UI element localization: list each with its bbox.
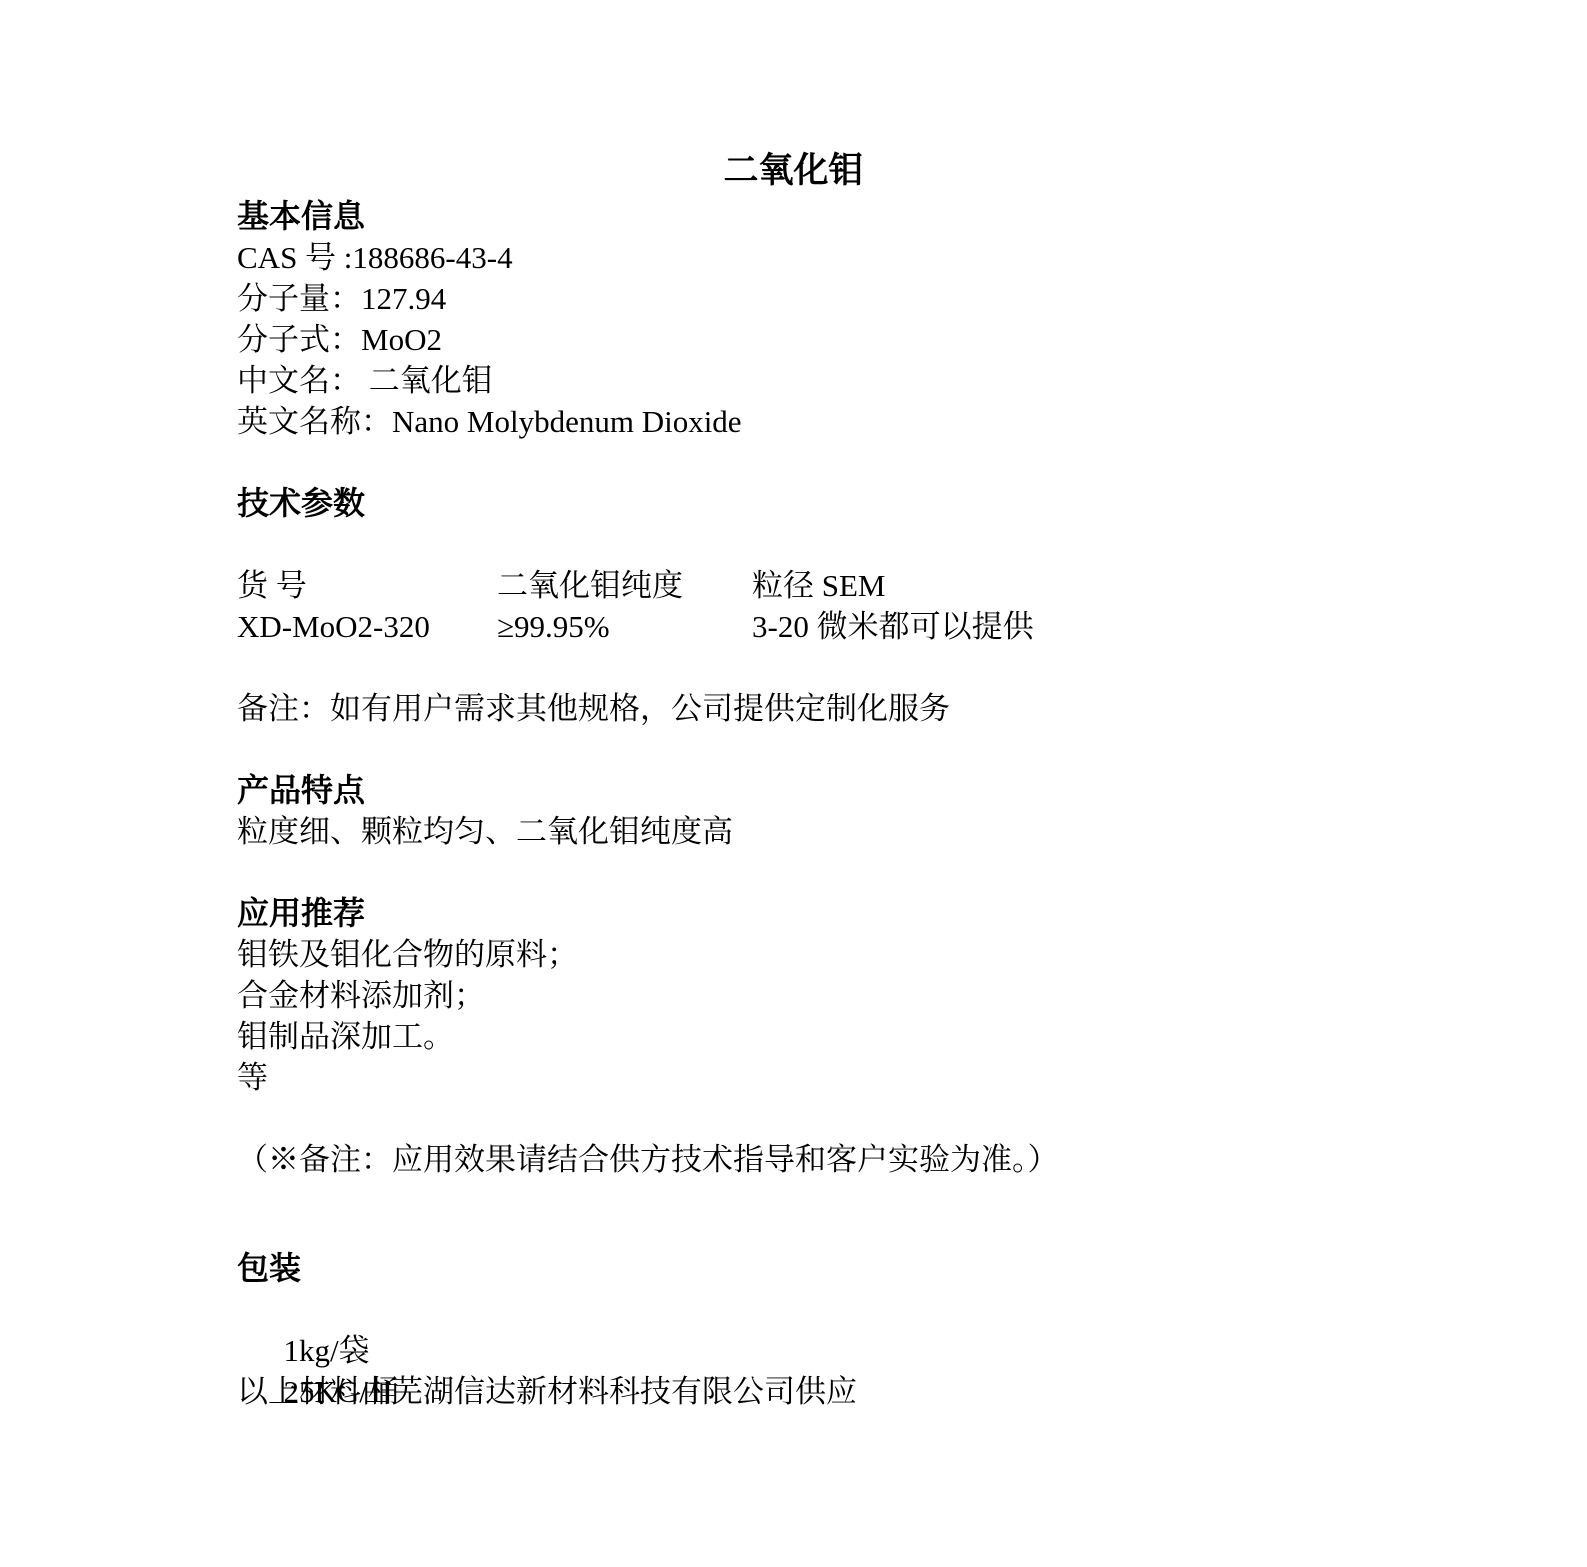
table-header-item-number: 货 号 (237, 565, 497, 606)
molecular-formula-line: 分子式：MoO2 (237, 319, 1527, 360)
table-header-purity: 二氧化钼纯度 (497, 565, 752, 606)
english-name-line: 英文名称：Nano Molybdenum Dioxide (237, 401, 1527, 442)
spacer (237, 852, 1527, 893)
packaging-line: 1kg/袋 25KG/桶 (237, 1289, 1527, 1330)
params-table-header-row: 货 号 二氧化钼纯度 粒径 SEM (237, 565, 1527, 606)
spacer (237, 729, 1527, 770)
spacer (237, 1180, 1527, 1248)
cas-number-line: CAS 号 :188686-43-4 (237, 237, 1527, 278)
table-value-item-number: XD-MoO2-320 (237, 606, 497, 647)
features-text-line: 粒度细、颗粒均匀、二氧化钼纯度高 (237, 811, 1527, 852)
spacer (237, 524, 1527, 565)
application-item-raw-material: 钼铁及钼化合物的原料； (237, 934, 1527, 975)
document-body: 基本信息 CAS 号 :188686-43-4 分子量：127.94 分子式：M… (237, 196, 1527, 1412)
spacer (237, 442, 1527, 483)
disclaimer-remark-line: （※备注：应用效果请结合供方技术指导和客户实验为准。） (237, 1139, 1527, 1180)
document-page: 二氧化钼 基本信息 CAS 号 :188686-43-4 分子量：127.94 … (0, 0, 1587, 1567)
application-item-deep-processing: 钼制品深加工。 (237, 1016, 1527, 1057)
section-heading-tech-params: 技术参数 (237, 483, 1527, 524)
packaging-bag-spec: 1kg/袋 (284, 1330, 446, 1371)
chinese-name-line: 中文名： 二氧化钼 (237, 360, 1527, 401)
params-table-value-row: XD-MoO2-320 ≥99.95% 3-20 微米都可以提供 (237, 606, 1527, 647)
table-header-particle-size: 粒径 SEM (752, 565, 1527, 606)
table-value-particle-size: 3-20 微米都可以提供 (752, 606, 1527, 647)
table-value-purity: ≥99.95% (497, 606, 752, 647)
supplier-line: 以上材料由芜湖信达新材料科技有限公司供应 (237, 1371, 1527, 1412)
application-item-etc: 等 (237, 1057, 1527, 1098)
spacer (237, 1098, 1527, 1139)
section-heading-packaging: 包装 (237, 1248, 1527, 1289)
section-heading-applications: 应用推荐 (237, 893, 1527, 934)
page-title: 二氧化钼 (0, 148, 1587, 194)
section-heading-basic-info: 基本信息 (237, 196, 1527, 237)
molecular-weight-line: 分子量：127.94 (237, 278, 1527, 319)
custom-spec-note-line: 备注：如有用户需求其他规格，公司提供定制化服务 (237, 688, 1527, 729)
spacer (237, 647, 1527, 688)
application-item-alloy-additive: 合金材料添加剂； (237, 975, 1527, 1016)
section-heading-features: 产品特点 (237, 770, 1527, 811)
